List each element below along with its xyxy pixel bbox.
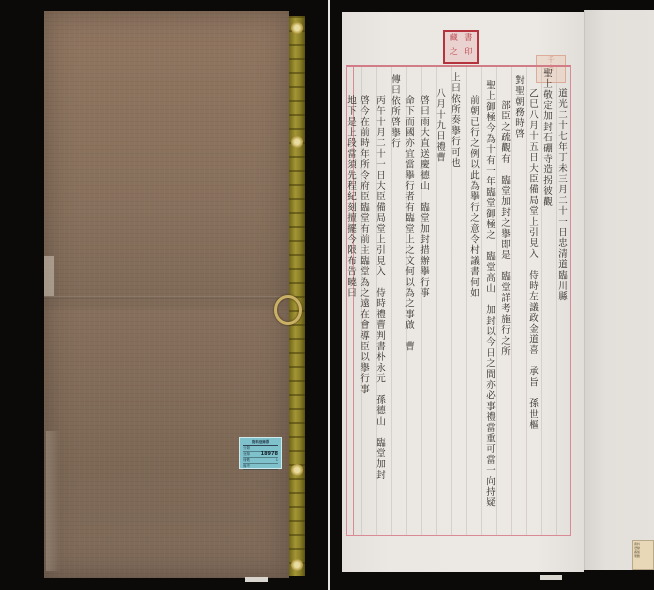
manuscript-page-right — [584, 10, 654, 570]
text-column: 啓曰雨大直送慶德山 臨堂加封措辦擧行事 — [418, 95, 428, 298]
cover-bottom-tab — [245, 577, 268, 582]
text-column: 乙巳八月十五日大臣備局堂上引見入 侍時左議政金道喜 承旨 孫世樞 — [527, 88, 537, 430]
seal-char: 千 — [537, 56, 565, 64]
catalog-label-key: 分類 — [243, 446, 250, 451]
bottom-shadow — [342, 580, 654, 590]
catalog-label-row: 備考 — [243, 464, 278, 470]
text-column: 地下是上段當須先程紀刻擅擺今限布告曉曰 — [345, 95, 355, 298]
seal-char: 藏 — [447, 34, 461, 47]
catalog-label-key: 備考 — [243, 464, 250, 469]
text-column: 傳曰依所啓擧行 — [389, 74, 399, 149]
text-column: 聖上敬定加封石硼寺造拐彼觀 — [541, 68, 551, 207]
spine-ornament-icon — [291, 136, 303, 148]
catalog-label-number: 18978 — [261, 452, 278, 457]
photo-divider — [328, 0, 330, 590]
text-column: 部臣之疏觀有 臨堂加封之擧即是 臨堂詳考施行之所 — [499, 100, 509, 357]
spine-ornament-icon — [291, 22, 303, 34]
cover-wear-mark — [44, 256, 54, 296]
seal-char: 之 — [447, 48, 461, 61]
archive-label-row: 冊數 — [634, 554, 652, 558]
spine-ornament-icon — [291, 559, 303, 571]
catalog-label-key: 冊數 — [243, 458, 250, 463]
seal-char: 印 — [462, 48, 476, 61]
catalog-label-value: 1 — [276, 458, 278, 463]
text-column: 道光二十七年丁未三月二十一日忠清道臨川縣 — [556, 88, 566, 302]
book-cover — [44, 11, 289, 578]
text-column: 聖上御極今為十有一年臨堂御極之 臨堂高山 加封以今日之間亦必事禮當重可當一向持疑 — [484, 80, 494, 508]
spine-ornament-icon — [291, 464, 303, 476]
text-column: 對聖朝務時啓 — [513, 75, 523, 139]
text-column: 八月十九日禮曹 — [434, 88, 444, 163]
text-column: 前朝已行之例以此為擧行之意令村議書何如 — [468, 95, 478, 298]
catalog-label: 資料登錄票 分類 登錄 18978 冊數 1 備考 — [239, 437, 282, 469]
brass-ring-clasp-icon — [274, 295, 302, 325]
archive-corner-label: 資料 登錄 番號 冊數 — [632, 540, 654, 570]
seal-char: 書 — [462, 34, 476, 47]
red-seal-stamp: 藏 書 之 印 — [443, 30, 479, 64]
cover-wear-edge — [46, 431, 60, 571]
text-column: 命下而國亦宜當擧行者有臨堂上之文何以為之事啟 曹 — [403, 95, 413, 352]
text-column: 啓今在前時年所令府臣臨堂有前主臨堂為之遠在會導臣以擧行事 — [358, 95, 368, 395]
catalog-label-key: 登錄 — [243, 452, 250, 457]
cover-fold-crease — [44, 296, 289, 299]
text-column: 上曰依所奏擧行可也 — [449, 72, 459, 168]
text-column: 丙午十月二十一日大臣備局堂上引見入 侍時禮曹判書朴永元 孫德山 臨堂加封 — [374, 95, 384, 480]
